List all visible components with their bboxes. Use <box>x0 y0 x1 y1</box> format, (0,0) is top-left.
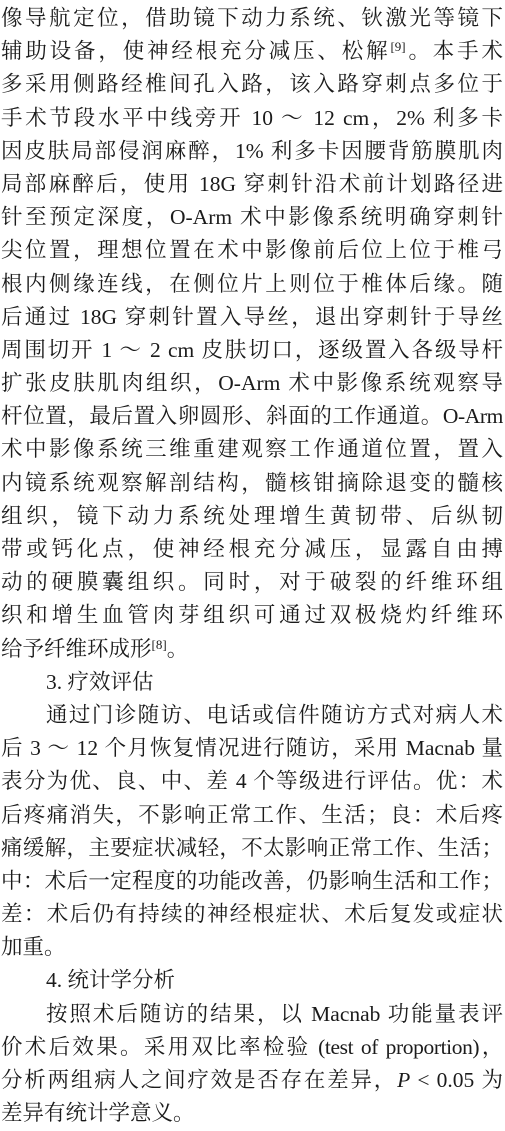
text-line: 痛缓解，主要症状减轻，不太影响正常工作、生活； <box>1 832 503 865</box>
text-run: 因皮肤局部侵润麻醉，1% 利多卡因腰背筋膜肌肉 <box>1 139 503 163</box>
text-line: 织和增生血管肉芽组织可通过双极烧灼纤维环 <box>1 599 503 632</box>
paper-page: 像导航定位，借助镜下动力系统、钬激光等镜下辅助设备，使神经根充分减压、松解[9]… <box>0 0 505 1131</box>
section-heading: 4. 统计学分析 <box>1 964 503 997</box>
text-line: 后疼痛消失，不影响正常工作、生活；良：术后疼 <box>1 799 503 832</box>
text-line: 后 3 ～ 12 个月恢复情况进行随访，采用 Macnab 量 <box>1 732 503 765</box>
text-run: 3. 疗效评估 <box>46 670 154 694</box>
text-run: 后 3 ～ 12 个月恢复情况进行随访，采用 Macnab 量 <box>1 736 503 760</box>
text-line: 加重。 <box>1 931 503 964</box>
text-line: 后通过 18G 穿刺针置入导丝，退出穿刺针于导丝 <box>1 301 503 334</box>
text-line: 动的硬膜囊组织。同时，对于破裂的纤维环组 <box>1 566 503 599</box>
text-run: 辅助设备，使神经根充分减压、松解 <box>1 39 390 63</box>
text-line: 分析两组病人之间疗效是否存在差异，P < 0.05 为 <box>1 1064 503 1097</box>
text-run: 动的硬膜囊组织。同时，对于破裂的纤维环组 <box>1 570 503 594</box>
text-run: 痛缓解，主要症状减轻，不太影响正常工作、生活； <box>1 836 503 860</box>
text-run: 尖位置，理想位置在术中影像前后位上位于椎弓 <box>1 238 503 262</box>
stat-symbol-p: P <box>397 1068 410 1092</box>
text-line: 杆位置，最后置入卵圆形、斜面的工作通道。O-Arm <box>1 400 503 433</box>
text-run: 周围切开 1 ～ 2 cm 皮肤切口，逐级置入各级导杆 <box>1 338 503 362</box>
text-run: 价术后效果。采用双比率检验 (test of proportion)， <box>1 1035 503 1059</box>
text-run: 差异有统计学意义。 <box>1 1101 195 1125</box>
text-run: 杆位置，最后置入卵圆形、斜面的工作通道。O-Arm <box>1 404 503 428</box>
text-run: 表分为优、良、中、差 4 个等级进行评估。优：术 <box>1 769 503 793</box>
text-run: 按照术后随访的结果，以 Macnab 功能量表评 <box>46 1002 503 1026</box>
text-line: 多采用侧路经椎间孔入路，该入路穿刺点多位于 <box>1 68 503 101</box>
text-run: 带或钙化点，使神经根充分减压，显露自由搏 <box>1 537 503 561</box>
text-run: 术中影像系统三维重建观察工作通道位置，置入 <box>1 437 503 461</box>
text-line: 根内侧缘连线，在侧位片上则位于椎体后缘。随 <box>1 268 503 301</box>
text-line: 内镜系统观察解剖结构，髓核钳摘除退变的髓核 <box>1 467 503 500</box>
text-run: 织和增生血管肉芽组织可通过双极烧灼纤维环 <box>1 603 503 627</box>
text-run: 后疼痛消失，不影响正常工作、生活；良：术后疼 <box>1 803 503 827</box>
text-line: 扩张皮肤肌肉组织，O-Arm 术中影像系统观察导 <box>1 367 503 400</box>
text-run: 中：术后一定程度的功能改善，仍影响生活和工作； <box>1 869 503 893</box>
text-run: 差：术后仍有持续的神经根症状、术后复发或症状 <box>1 902 503 926</box>
text-line: 术中影像系统三维重建观察工作通道位置，置入 <box>1 433 503 466</box>
article-text-column: 像导航定位，借助镜下动力系统、钬激光等镜下辅助设备，使神经根充分减压、松解[9]… <box>1 2 503 1130</box>
text-run: 针至预定深度，O-Arm 术中影像系统明确穿刺针 <box>1 205 503 229</box>
text-line: 因皮肤局部侵润麻醉，1% 利多卡因腰背筋膜肌肉 <box>1 135 503 168</box>
text-run: 通过门诊随访、电话或信件随访方式对病人术 <box>46 703 503 727</box>
citation-ref: [9] <box>390 39 405 54</box>
text-run: 加重。 <box>1 935 66 959</box>
citation-ref: [8] <box>152 637 167 652</box>
text-run: 扩张皮肤肌肉组织，O-Arm 术中影像系统观察导 <box>1 371 503 395</box>
text-line: 价术后效果。采用双比率检验 (test of proportion)， <box>1 1031 503 1064</box>
text-run: 4. 统计学分析 <box>46 968 175 992</box>
text-run: 分析两组病人之间疗效是否存在差异， <box>1 1068 397 1092</box>
text-line: 周围切开 1 ～ 2 cm 皮肤切口，逐级置入各级导杆 <box>1 334 503 367</box>
text-run: 。本手术 <box>406 39 503 63</box>
section-heading: 3. 疗效评估 <box>1 666 503 699</box>
text-line: 按照术后随访的结果，以 Macnab 功能量表评 <box>1 998 503 1031</box>
text-line: 给予纤维环成形[8]。 <box>1 633 503 666</box>
text-line: 辅助设备，使神经根充分减压、松解[9]。本手术 <box>1 35 503 68</box>
text-line: 手术节段水平中线旁开 10 ～ 12 cm，2% 利多卡 <box>1 102 503 135</box>
text-run: 局部麻醉后，使用 18G 穿刺针沿术前计划路径进 <box>1 172 503 196</box>
text-line: 差异有统计学意义。 <box>1 1097 503 1130</box>
text-run: 组织，镜下动力系统处理增生黄韧带、后纵韧 <box>1 504 503 528</box>
text-line: 局部麻醉后，使用 18G 穿刺针沿术前计划路径进 <box>1 168 503 201</box>
text-line: 尖位置，理想位置在术中影像前后位上位于椎弓 <box>1 234 503 267</box>
text-run: 给予纤维环成形 <box>1 637 152 661</box>
text-line: 组织，镜下动力系统处理增生黄韧带、后纵韧 <box>1 500 503 533</box>
text-line: 针至预定深度，O-Arm 术中影像系统明确穿刺针 <box>1 201 503 234</box>
text-line: 像导航定位，借助镜下动力系统、钬激光等镜下 <box>1 2 503 35</box>
text-line: 中：术后一定程度的功能改善，仍影响生活和工作； <box>1 865 503 898</box>
text-line: 通过门诊随访、电话或信件随访方式对病人术 <box>1 699 503 732</box>
text-run: 根内侧缘连线，在侧位片上则位于椎体后缘。随 <box>1 272 503 296</box>
text-run: < 0.05 为 <box>410 1068 503 1092</box>
text-run: 内镜系统观察解剖结构，髓核钳摘除退变的髓核 <box>1 471 503 495</box>
text-line: 带或钙化点，使神经根充分减压，显露自由搏 <box>1 533 503 566</box>
text-line: 差：术后仍有持续的神经根症状、术后复发或症状 <box>1 898 503 931</box>
text-run: 手术节段水平中线旁开 10 ～ 12 cm，2% 利多卡 <box>1 106 503 130</box>
text-run: 像导航定位，借助镜下动力系统、钬激光等镜下 <box>1 6 503 30</box>
text-run: 多采用侧路经椎间孔入路，该入路穿刺点多位于 <box>1 72 503 96</box>
text-run: 。 <box>167 637 189 661</box>
text-run: 后通过 18G 穿刺针置入导丝，退出穿刺针于导丝 <box>1 305 503 329</box>
text-line: 表分为优、良、中、差 4 个等级进行评估。优：术 <box>1 765 503 798</box>
